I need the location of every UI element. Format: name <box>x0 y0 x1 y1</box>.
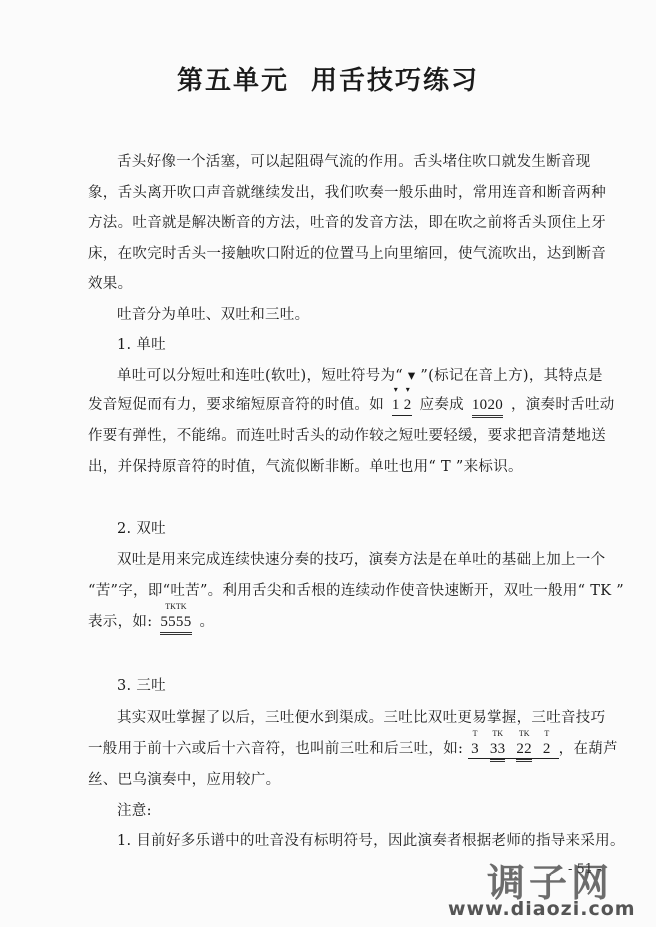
section2-line-1: 双吐是用来完成连续快速分奏的技巧，演奏方法是在单吐的基础上加上一个 <box>117 548 605 569</box>
notation-example-12: ▾ ▾1 2 <box>392 397 412 416</box>
unit-topic: 用舌技巧练习 <box>311 66 479 96</box>
section2-text: 。 <box>199 614 214 630</box>
section1-line-3: 作要有弹性，不能绵。而连吐时舌头的动作较之短吐要轻缓，要求把音清楚地送 <box>88 424 606 445</box>
section2-line-2: “苦”字，即“吐苦”。利用舌尖和舌根的连续动作使音快速断开，双吐一般用“ TK … <box>88 579 624 600</box>
notes: 5555 <box>160 614 191 630</box>
notes-item-1: 1. 目前好多乐谱中的吐音没有标明符号，因此演奏者根据老师的指导来采用。 <box>117 829 625 850</box>
unit-number: 第五单元 <box>177 66 289 96</box>
section3-text: 一般用于前十六或后十六音符，也叫前三吐和后三吐，如: <box>88 741 463 757</box>
section-heading-double: 2. 双吐 <box>117 517 166 538</box>
section3-text: ，在葫芦 <box>559 741 618 757</box>
notes: 2 <box>543 741 551 757</box>
section3-line-1: 其实双吐掌握了以后，三吐便水到渠成。三吐比双吐更易掌握，三吐音技巧 <box>117 706 605 727</box>
intro-line-4: 床，在吹完时舌头一接触吹口附近的位置马上向里缩回，使气流吹出，达到断音 <box>88 242 606 263</box>
articulation-mark: TK <box>490 730 506 738</box>
section2-line-3: 表示，如: TKTK5555 。 <box>88 610 214 635</box>
categories-text: 吐音分为单吐、双吐和三吐。 <box>117 303 309 324</box>
note-group: T3 <box>471 741 479 758</box>
page-number: - 51 - <box>568 862 602 877</box>
section1-line-4: 出，并保持原音符的时值，气流似断非断。单吐也用“ T ”来标识。 <box>88 455 523 476</box>
section2-text: 表示，如: <box>88 614 152 630</box>
notes-heading: 注意: <box>117 799 152 820</box>
intro-line-2: 象，舌头离开吹口声音就继续发出，我们吹奏一般乐曲时，常用连音和断音两种 <box>88 181 606 202</box>
intro-line-3: 方法。吐音就是解决断音的方法，吐音的发音方法，即在吹之前将舌头顶住上牙 <box>88 211 606 232</box>
notes: 22 <box>516 741 532 757</box>
page-title: 第五单元用舌技巧练习 <box>0 60 656 97</box>
section-heading-single: 1. 单吐 <box>117 333 166 354</box>
note-group: T2 <box>543 741 551 758</box>
section3-line-2: 一般用于前十六或后十六音符，也叫前三吐和后三吐，如: T3 TK33 TK22 … <box>88 737 618 762</box>
notation-example-1020: 1020 <box>472 397 503 418</box>
section1-line-2: 发音短促而有力，要求缩短原音符的时值。如 ▾ ▾1 2 应奏成 1020 ，演奏… <box>88 393 615 418</box>
section1-text: ，演奏时舌吐动 <box>511 397 615 413</box>
note: 2 <box>404 397 412 413</box>
section1-line-1: 单吐可以分短吐和连吐(软吐)，短吐符号为“ ▾ ”(标记在音上方)，其特点是 <box>117 364 603 385</box>
watermark-url: www.diaozi.com <box>448 898 636 920</box>
notation-example-triple: T3 TK33 TK22 T2 <box>468 741 559 759</box>
articulation-mark: TK <box>516 730 532 738</box>
section-heading-triple: 3. 三吐 <box>117 674 166 695</box>
articulation-marks: TKTK <box>160 603 191 611</box>
intro-line-1: 舌头好像一个活塞，可以起阻碍气流的作用。舌头堵住吹口就发生断音现 <box>117 150 591 171</box>
notes: 3 <box>471 741 479 757</box>
intro-line-5: 效果。 <box>88 272 132 293</box>
articulation-mark: T <box>543 730 551 738</box>
document-page: 第五单元用舌技巧练习 舌头好像一个活塞，可以起阻碍气流的作用。舌头堵住吹口就发生… <box>0 0 656 927</box>
section1-text: 应奏成 <box>420 397 464 413</box>
note-group: TK22 <box>516 741 532 762</box>
section3-line-3: 丝、巴乌演奏中，应用较广。 <box>88 768 280 789</box>
note: 1 <box>392 397 400 413</box>
notes: 33 <box>490 741 506 757</box>
note-group: TK33 <box>490 741 506 762</box>
section1-text: 发音短促而有力，要求缩短原音符的时值。如 <box>88 397 384 413</box>
notation-example-5555: TKTK5555 <box>160 614 191 635</box>
articulation-mark: T <box>471 730 479 738</box>
